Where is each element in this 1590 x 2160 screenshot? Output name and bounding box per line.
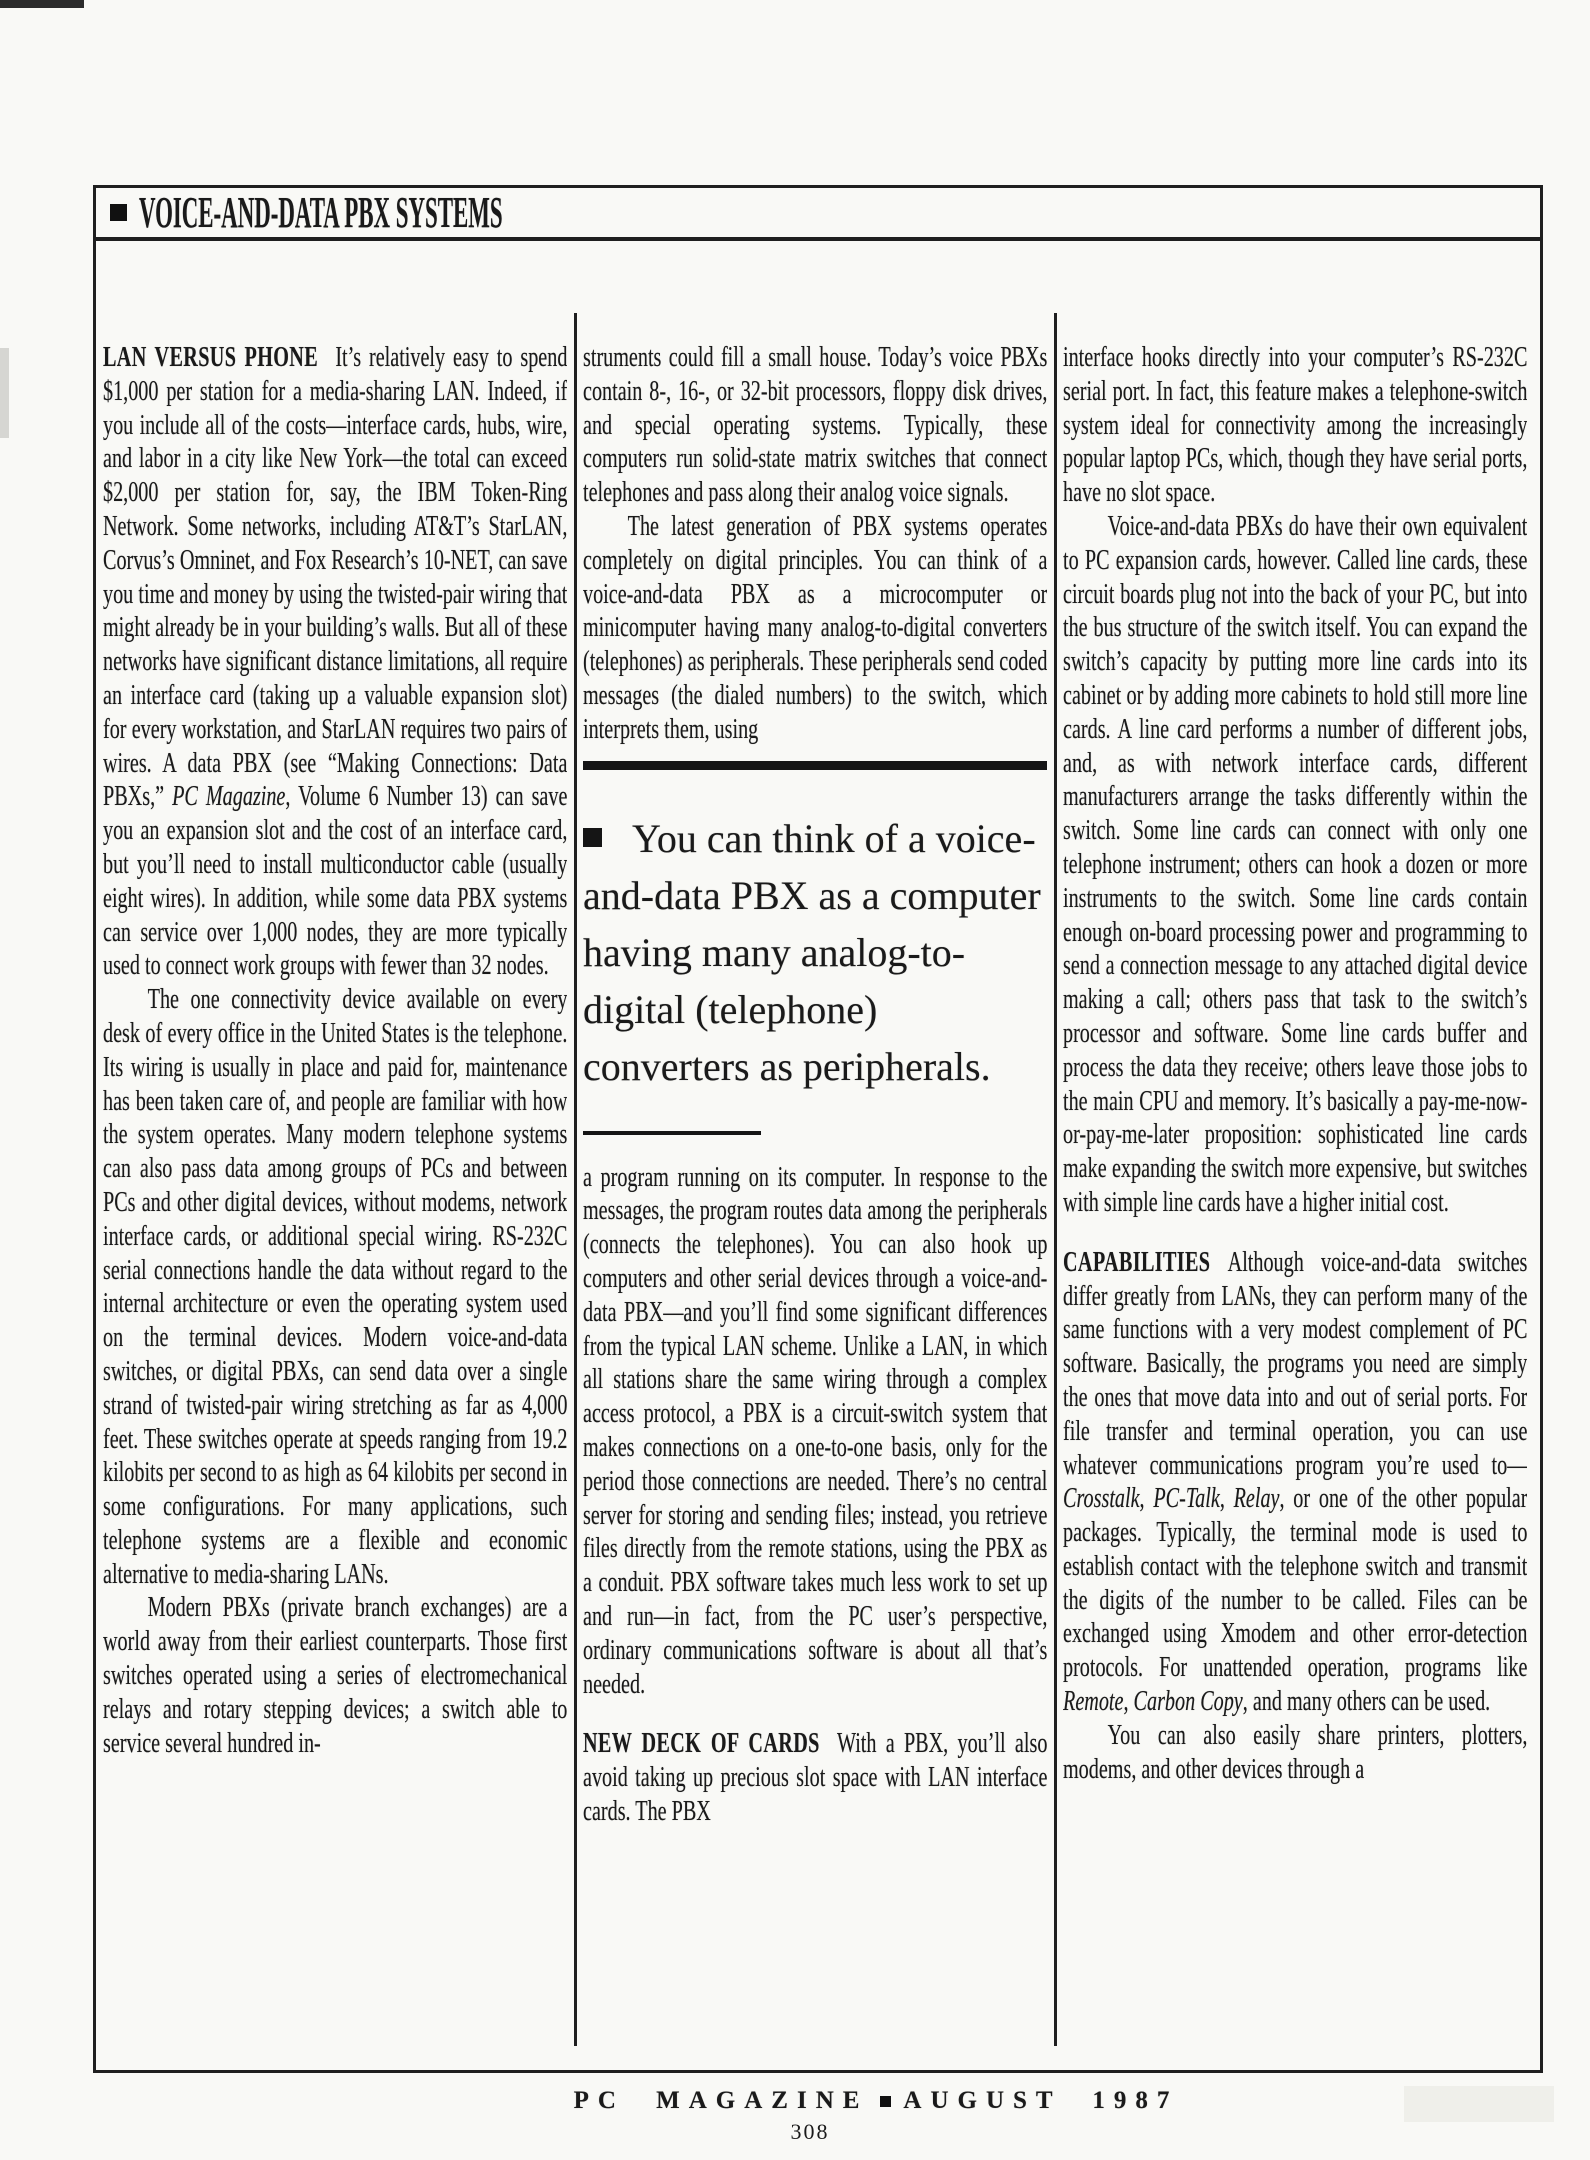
footer-magazine-line: PC MAGAZINEAUGUST 1987 <box>93 2087 1543 2115</box>
article-title: VOICE-AND-DATA PBX SYSTEMS <box>139 187 503 238</box>
paragraph: The one connectivity device available on… <box>103 983 567 1591</box>
columns-container: LAN VERSUS PHONEIt’s relatively easy to … <box>96 241 1540 2073</box>
page-footer: PC MAGAZINEAUGUST 1987 308 <box>93 2087 1543 2145</box>
pull-quote-top-rule <box>583 761 1047 770</box>
header-square-bullet-icon <box>110 204 127 221</box>
section-lead-in: CAPABILITIES <box>1063 1247 1210 1278</box>
scan-artifact-top-edge <box>0 0 84 8</box>
pull-quote: You can think of a voice-and-data PBX as… <box>583 761 1047 1135</box>
section-lead-in: LAN VERSUS PHONE <box>103 342 318 373</box>
paragraph-capabilities: CAPABILITIESAlthough voice-and-data swit… <box>1063 1246 1527 1719</box>
page-number: 308 <box>93 2119 1543 2145</box>
paragraph: a program running on its computer. In re… <box>583 1161 1047 1702</box>
article-frame: VOICE-AND-DATA PBX SYSTEMS LAN VERSUS PH… <box>93 185 1543 2073</box>
column-2-text: struments could fill a small house. Toda… <box>583 341 1047 1829</box>
paragraph: You can also easily share printers, plot… <box>1063 1719 1527 1787</box>
pull-quote-bottom-rule <box>583 1131 761 1135</box>
pull-quote-body: You can think of a voice-and-data PBX as… <box>583 816 1041 1089</box>
paragraph: The latest generation of PBX systems ope… <box>583 510 1047 747</box>
footer-magazine-name: PC MAGAZINE <box>574 2087 869 2114</box>
footer-issue-date: AUGUST 1987 <box>903 2087 1178 2114</box>
pull-quote-square-bullet-icon <box>583 828 602 847</box>
paragraph: Voice-and-data PBXs do have their own eq… <box>1063 510 1527 1220</box>
column-2: struments could fill a small house. Toda… <box>583 341 1047 2053</box>
footer-square-bullet-icon <box>880 2096 891 2107</box>
pull-quote-text: You can think of a voice-and-data PBX as… <box>583 810 1047 1095</box>
section-lead-in: NEW DECK OF CARDS <box>583 1728 820 1759</box>
scan-artifact-left-streak <box>0 348 9 438</box>
paragraph: Modern PBXs (private branch exchanges) a… <box>103 1591 567 1760</box>
column-1: LAN VERSUS PHONEIt’s relatively easy to … <box>103 341 567 2053</box>
column-rule-2 <box>1054 313 1057 2046</box>
article-header-band: VOICE-AND-DATA PBX SYSTEMS <box>96 188 1540 241</box>
paragraph-new-deck-of-cards: NEW DECK OF CARDSWith a PBX, you’ll also… <box>583 1727 1047 1828</box>
paragraph-lan-versus-phone: LAN VERSUS PHONEIt’s relatively easy to … <box>103 341 567 983</box>
paragraph: struments could fill a small house. Toda… <box>583 341 1047 510</box>
column-rule-1 <box>574 313 577 2046</box>
magazine-page-scan: VOICE-AND-DATA PBX SYSTEMS LAN VERSUS PH… <box>0 0 1590 2160</box>
column-3-text: interface hooks directly into your compu… <box>1063 341 1527 1786</box>
column-1-text: LAN VERSUS PHONEIt’s relatively easy to … <box>103 341 567 1760</box>
column-3: interface hooks directly into your compu… <box>1063 341 1527 2053</box>
paragraph: interface hooks directly into your compu… <box>1063 341 1527 510</box>
